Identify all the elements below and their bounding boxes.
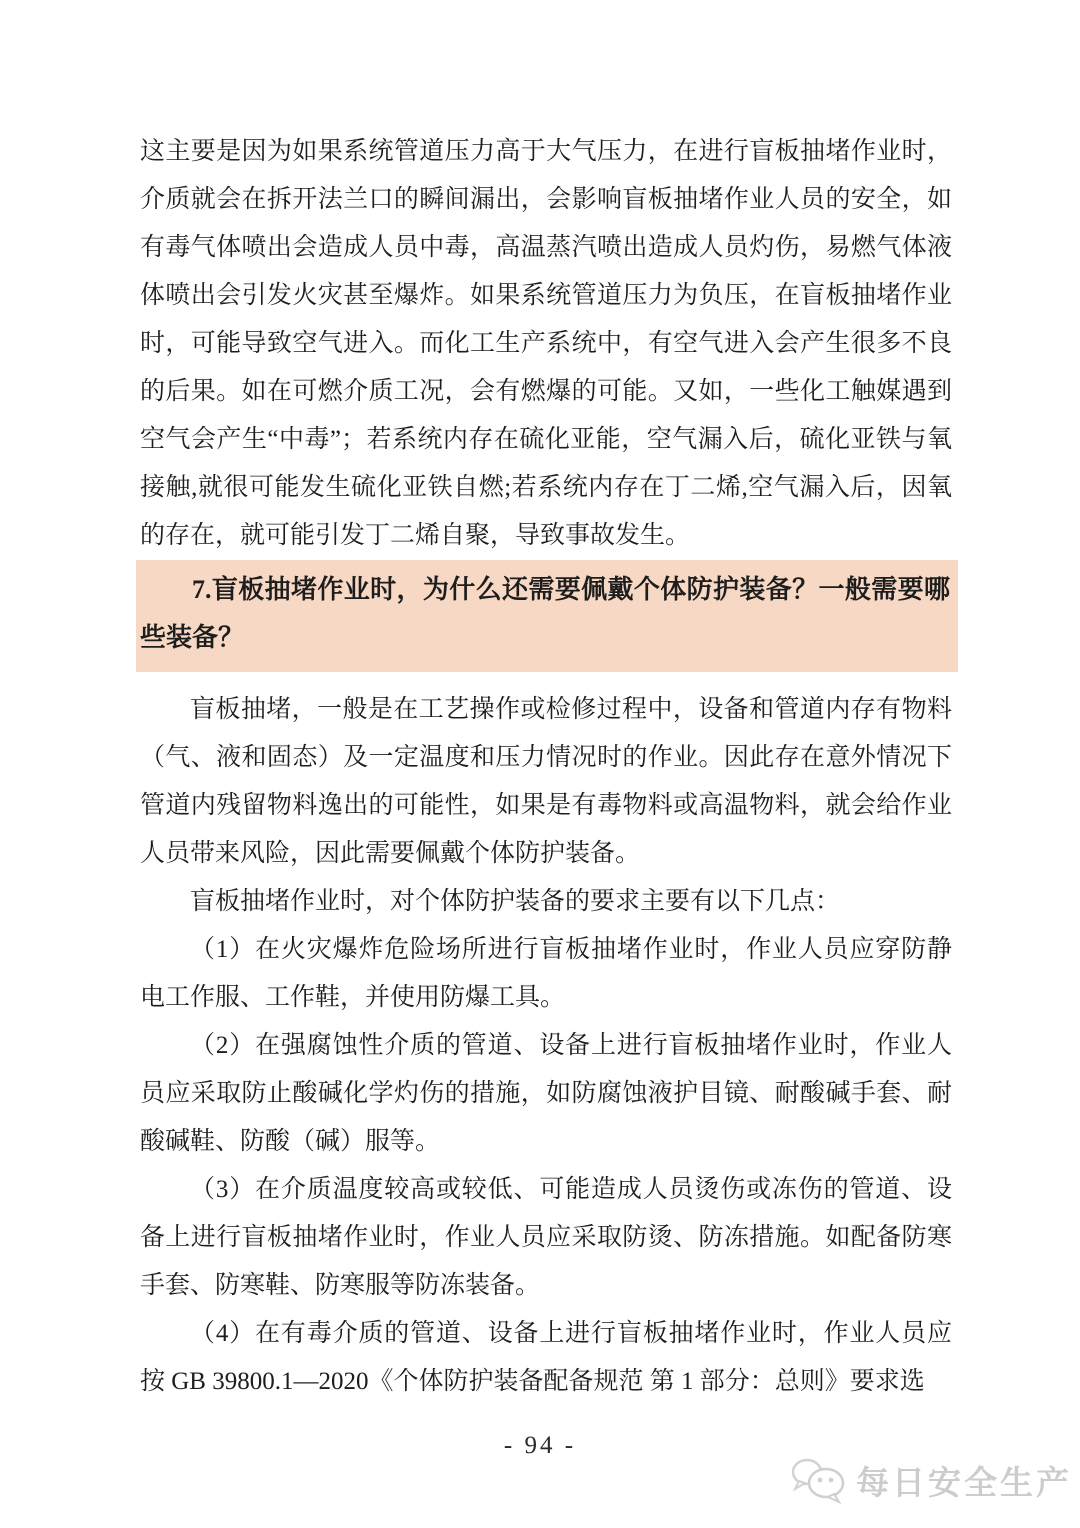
body-paragraph-item-3: （3）在介质温度较高或较低、可能造成人员烫伤或冻伤的管道、设备上进行盲板抽堵作业…: [140, 1166, 952, 1310]
watermark: 每日安全生产: [790, 1456, 1072, 1504]
body-paragraph-item-1: （1）在火灾爆炸危险场所进行盲板抽堵作业时，作业人员应穿防静电工作服、工作鞋，并…: [140, 926, 952, 1022]
intro-paragraph: 这主要是因为如果系统管道压力高于大气压力，在进行盲板抽堵作业时，介质就会在拆开法…: [140, 128, 952, 560]
wechat-icon: [790, 1456, 848, 1504]
watermark-text: 每日安全生产: [856, 1457, 1072, 1504]
body-paragraph-2: 盲板抽堵作业时，对个体防护装备的要求主要有以下几点：: [140, 878, 952, 926]
body-paragraph-item-2: （2）在强腐蚀性介质的管道、设备上进行盲板抽堵作业时，作业人员应采取防止酸碱化学…: [140, 1022, 952, 1166]
body-paragraph-1: 盲板抽堵，一般是在工艺操作或检修过程中，设备和管道内存有物料（气、液和固态）及一…: [140, 686, 952, 878]
text-column: 这主要是因为如果系统管道压力高于大气压力，在进行盲板抽堵作业时，介质就会在拆开法…: [140, 128, 952, 1406]
document-page: 这主要是因为如果系统管道压力高于大气压力，在进行盲板抽堵作业时，介质就会在拆开法…: [0, 0, 1080, 1528]
body-paragraph-item-4: （4）在有毒介质的管道、设备上进行盲板抽堵作业时，作业人员应按 GB 39800…: [140, 1310, 952, 1406]
section-heading: 7.盲板抽堵作业时，为什么还需要佩戴个体防护装备？一般需要哪些装备？: [136, 560, 958, 672]
